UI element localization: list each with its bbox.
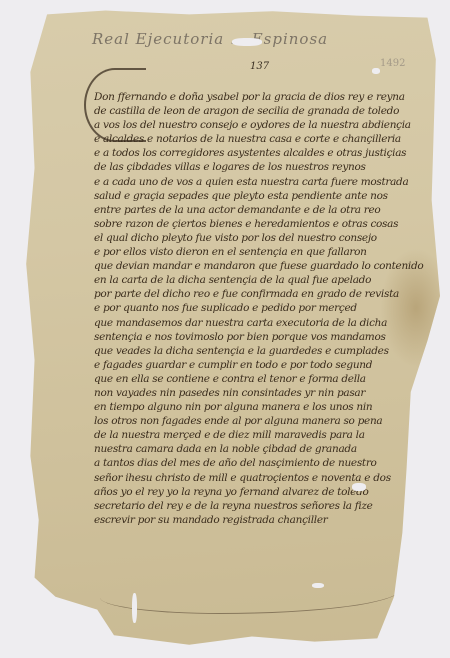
paper-hole	[132, 593, 137, 623]
text-line: escrevir por su mandado registrada chanç…	[94, 513, 434, 527]
text-line: sobre razon de çiertos bienes e heredami…	[94, 217, 434, 231]
text-line: e a cada uno de vos a quien esta nuestra…	[94, 175, 434, 189]
text-line: que mandasemos dar nuestra carta executo…	[94, 316, 434, 330]
text-line: que devian mandar e mandaron que fuese g…	[94, 259, 434, 273]
paper-hole	[352, 483, 366, 491]
text-line: de la nuestra merçed e de diez mill mara…	[94, 428, 434, 442]
folio-number: 137	[250, 61, 269, 72]
signature-flourish	[100, 573, 400, 614]
manuscript-page: Real Ejecutoria … Espinosa 137 1492 Don …	[22, 8, 440, 648]
text-line: en la carta de la dicha sentençia de la …	[94, 273, 434, 287]
text-line: entre partes de la una actor demandante …	[94, 203, 434, 217]
text-line: a vos los del nuestro consejo e oydores …	[94, 118, 434, 132]
text-line: años yo el rey yo la reyna yo fernand al…	[94, 485, 434, 499]
text-line: los otros non fagades ende al por alguna…	[94, 414, 434, 428]
text-line: Don ffernando e doña ysabel por la graci…	[94, 90, 434, 104]
paper-hole	[312, 583, 324, 588]
text-line: e alcaldes e notarios de la nuestra casa…	[94, 132, 434, 146]
text-line: señor ihesu christo de mill e quatroçien…	[94, 471, 434, 485]
text-line: non vayades nin pasedes nin consintades …	[94, 386, 434, 400]
text-line: en tiempo alguno nin por alguna manera e…	[94, 400, 434, 414]
text-line: nuestra camara dada en la noble çibdad d…	[94, 442, 434, 456]
text-line: de castilla de leon de aragon de secilia…	[94, 104, 434, 118]
text-line: de las çibdades villas e logares de los …	[94, 160, 434, 174]
text-line: secretario del rey e de la reyna nuestro…	[94, 499, 434, 513]
text-line: a tantos dias del mes de año del nasçimi…	[94, 456, 434, 470]
paper-hole	[372, 68, 380, 74]
text-line: e por ellos visto dieron en el sentençia…	[94, 245, 434, 259]
text-line: por parte del dicho reo e fue confirmada…	[94, 287, 434, 301]
text-line: e por quanto nos fue suplicado e pedido …	[94, 301, 434, 315]
text-line: salud e graçia sepades que pleyto esta p…	[94, 189, 434, 203]
text-line: e fagades guardar e cumplir en todo e po…	[94, 358, 434, 372]
text-line: sentençia e nos tovimoslo por bien porqu…	[94, 330, 434, 344]
text-line: que en ella se contiene e contra el teno…	[94, 372, 434, 386]
paper-hole	[232, 38, 262, 46]
text-line: el qual dicho pleyto fue visto por los d…	[94, 231, 434, 245]
text-line: que veades la dicha sentençia e la guard…	[94, 344, 434, 358]
text-line: e a todos los corregidores asystentes al…	[94, 146, 434, 160]
header-inscription: Real Ejecutoria … Espinosa	[92, 30, 328, 48]
manuscript-text: Don ffernando e doña ysabel por la graci…	[94, 90, 434, 527]
margin-date: 1492	[380, 58, 405, 69]
